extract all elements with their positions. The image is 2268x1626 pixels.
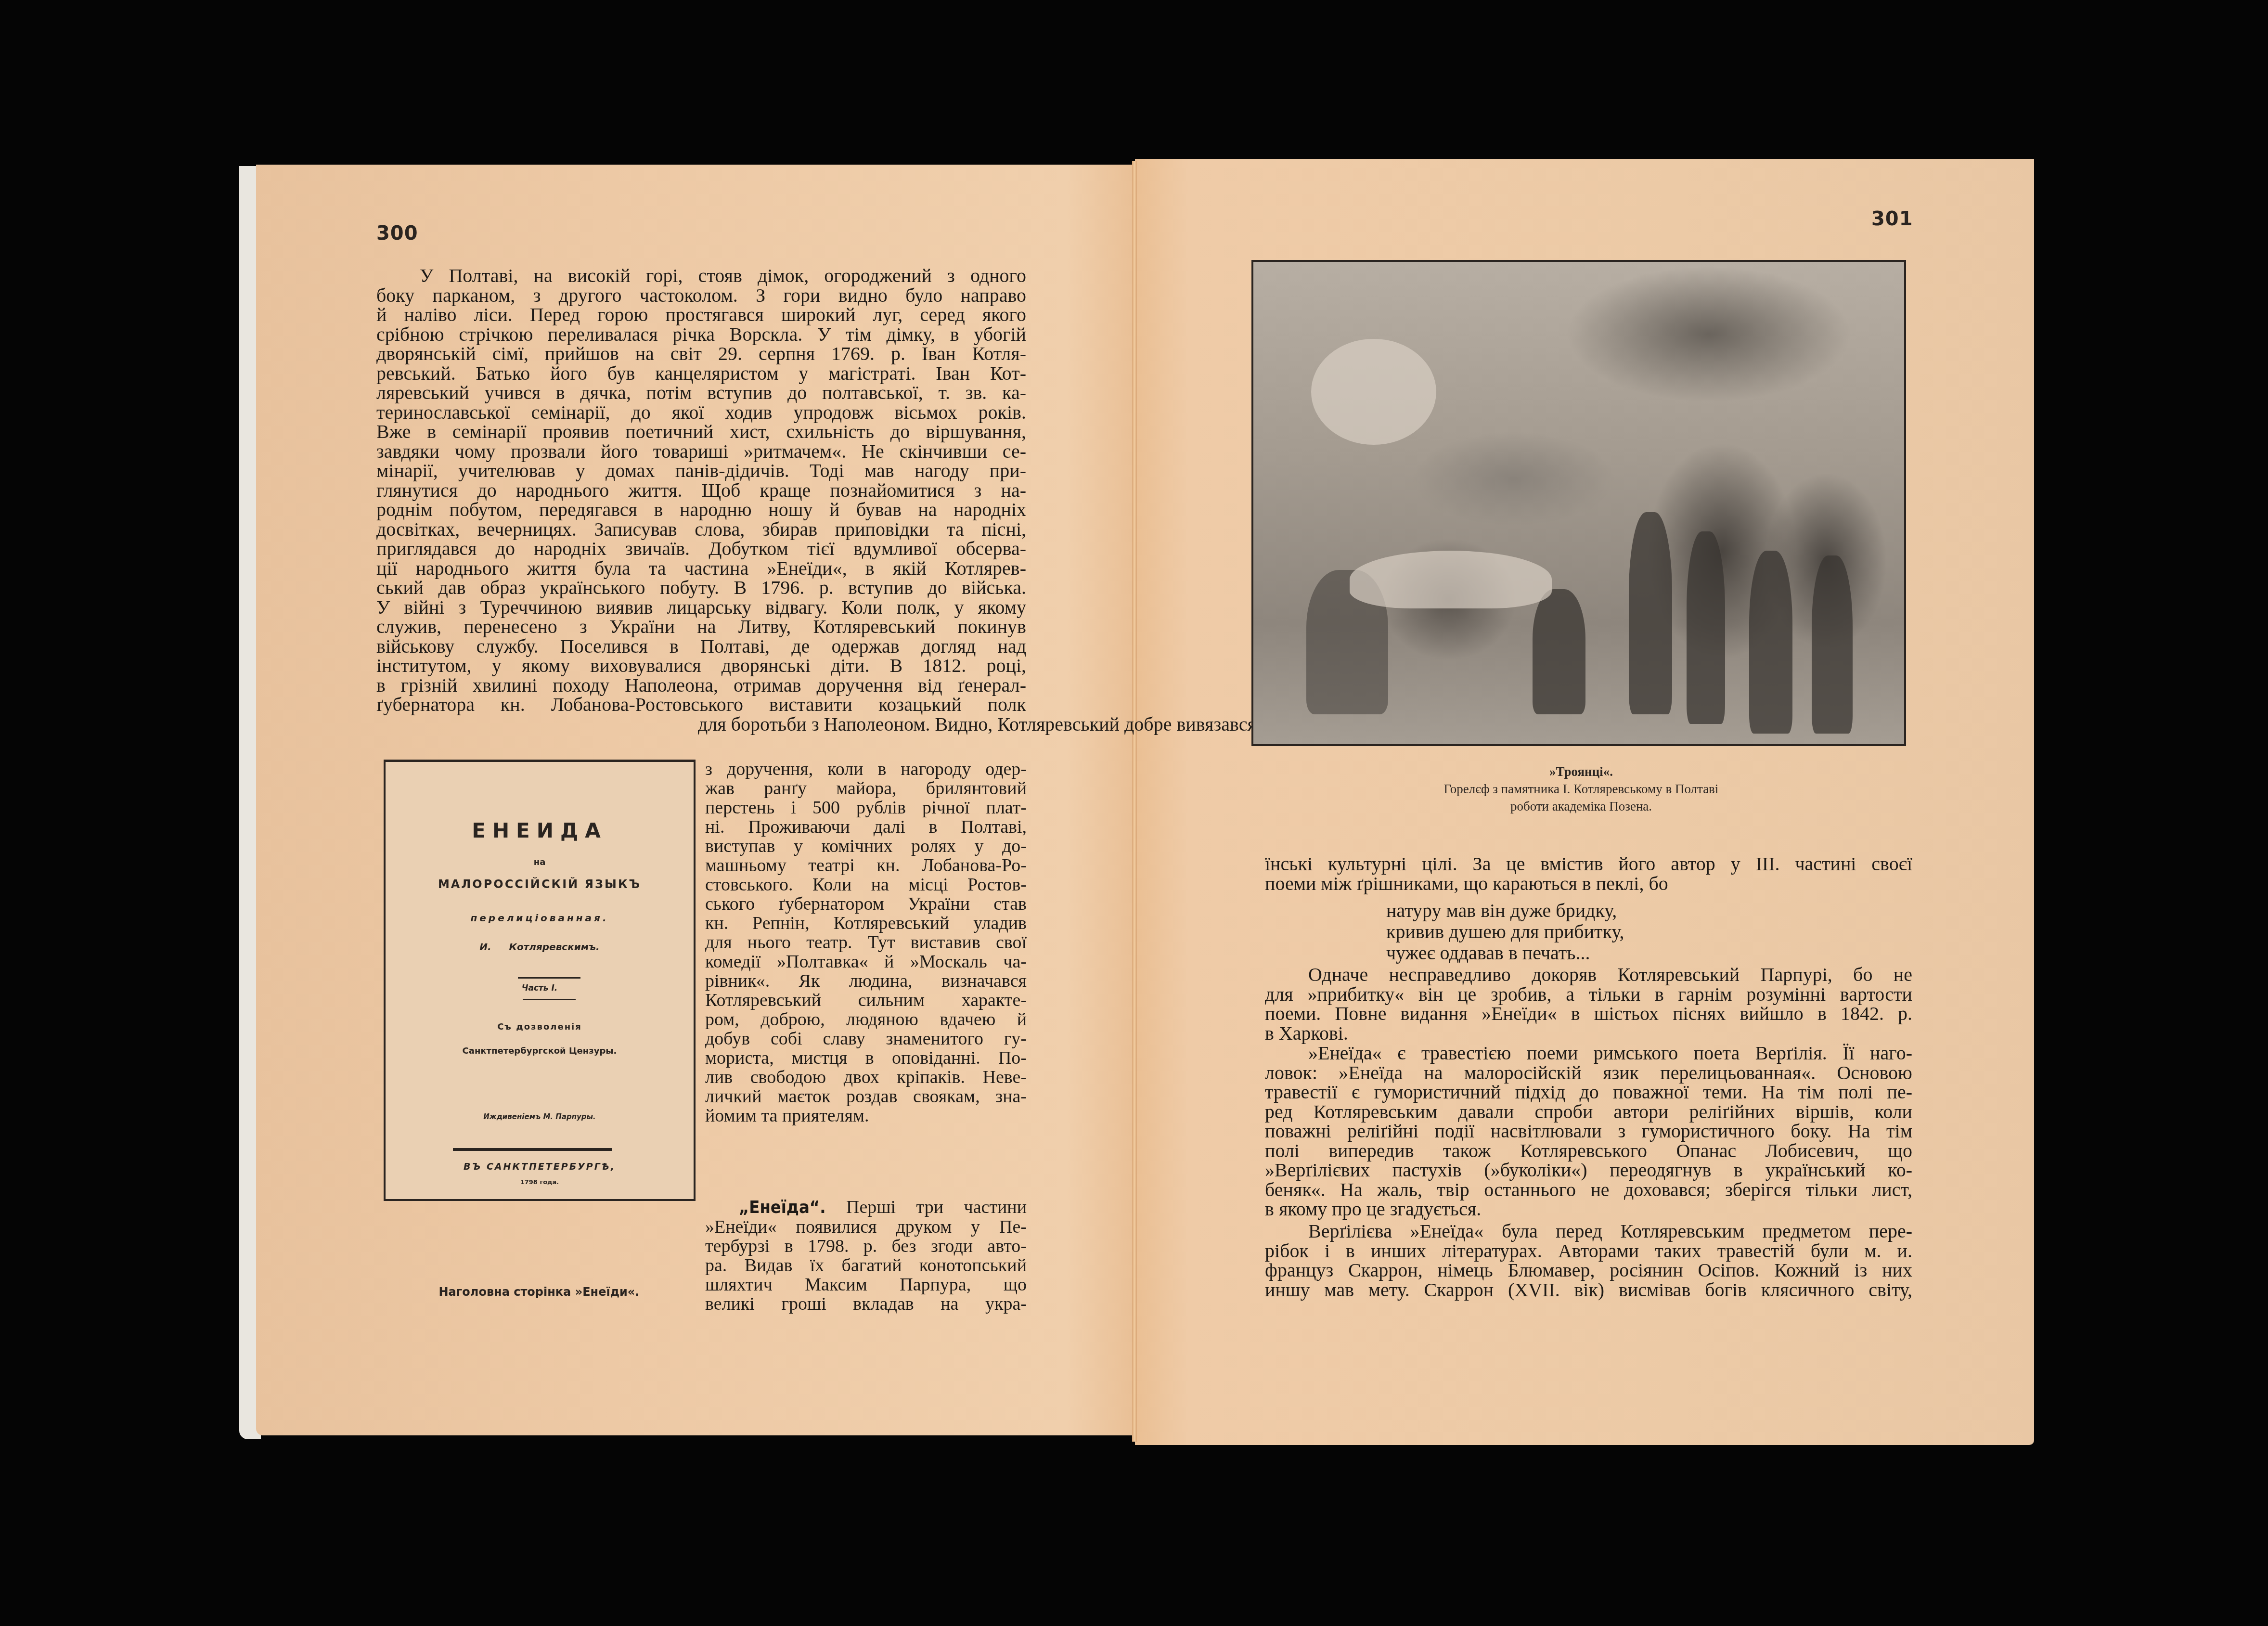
text-line: ції народнього життя була та частина »Ен…: [376, 559, 1026, 579]
text-line: інститутом, у якому виховувалися дворянс…: [376, 656, 1026, 676]
text-line: поважні реліґійні події насвітлювали з г…: [1265, 1122, 1912, 1141]
text-line: ського ґубернатором України став: [705, 894, 1027, 914]
text-line: з доручення, коли в нагороду одер-: [705, 760, 1027, 779]
text-line: роднім побутом, передягався в народню но…: [376, 500, 1026, 520]
text-fragment: Перші три частини: [846, 1197, 1027, 1217]
illustration-caption: »Троянці«. Горелєф з памятника І. Котляр…: [1232, 763, 1930, 815]
text-line: добув собі славу знаменитого гу-: [705, 1029, 1027, 1048]
text-line: й наліво ліси. Перед горою простягався ш…: [376, 305, 1026, 325]
bas-relief-illustration: [1251, 260, 1906, 746]
text-line: ром, доброю, людяною вдачею й: [705, 1010, 1027, 1029]
verse-line: кривив душею для прибитку,: [1386, 920, 1624, 943]
text-line: служив, перенесено з України на Литву, К…: [376, 617, 1026, 637]
illustration-figure: [1812, 555, 1853, 734]
illustration-figure: [1749, 551, 1792, 734]
facsimile-part: Часть I.: [386, 983, 694, 993]
text-line: стовського. Коли на місці Ростов-: [705, 875, 1027, 894]
text-line: машньому театрі кн. Лобанова-Ро-: [705, 856, 1027, 875]
text-line: »Енеїда« є травестією поеми римського по…: [1265, 1044, 1912, 1063]
right-paragraph-3: »Енеїда« є травестією поеми римського по…: [1265, 1044, 1912, 1219]
text-line: для »прибитку« він це зробив, а тільки в…: [1265, 985, 1912, 1005]
book-spine: [1132, 161, 1137, 1442]
page-number-right: 301: [1871, 208, 1913, 230]
text-line: досвітках, вечерницях. Записував слова, …: [376, 520, 1026, 540]
facsimile-rule: [523, 999, 576, 1000]
text-line: поеми між ґрішниками, що караються в пек…: [1265, 874, 1912, 894]
section-heading: „Енеїда“.: [739, 1198, 825, 1217]
text-line: кн. Репнін, Котляревський уладив: [705, 914, 1027, 933]
left-paragraph-1: У Полтаві, на високій горі, стояв дімок,…: [376, 266, 1026, 734]
text-line: перстень і 500 рублів річної плат-: [705, 798, 1027, 817]
text-line: У війні з Туреччиною виявив лицарську ві…: [376, 598, 1026, 618]
text-line: француз Скаррон, німець Блюмавер, росіян…: [1265, 1261, 1912, 1280]
text-line: в якому про це згадується.: [1265, 1200, 1912, 1219]
text-line: для боротьби з Наполеоном. Видно, Котляр…: [376, 715, 1026, 735]
text-line: Верґілієва »Енеїда« була перед Котляревс…: [1265, 1222, 1912, 1241]
text-line: ревський. Батько його був канцеляристом …: [376, 364, 1026, 384]
text-line: срібною стрічкою переливалася річка Ворс…: [376, 325, 1026, 345]
text-line: У Полтаві, на високій горі, стояв дімок,…: [376, 266, 1026, 286]
title-page-caption: Наголовна сторінка »Енеїди«.: [395, 1285, 683, 1299]
text-line: приглядався до народніх звичаїв. Добутко…: [376, 539, 1026, 559]
text-line: йомим та приятелям.: [705, 1106, 1027, 1125]
text-line: »Енеїди« появилися друком у Пе-: [705, 1217, 1027, 1237]
verse-line: натуру мав він дуже бридку,: [1386, 899, 1617, 922]
text-line: поеми. Повне видання »Енеїди« в шістьох …: [1265, 1004, 1912, 1024]
text-line: ловок: »Енеїда на малоросійскій язик пер…: [1265, 1063, 1912, 1083]
text-line: тербурзі в 1798. р. без згоди авто-: [705, 1237, 1027, 1256]
facsimile-publisher: Иждивеніемъ М. Парпуры.: [386, 1112, 694, 1121]
text-line: травестії є гумористичний підхід до пова…: [1265, 1083, 1912, 1102]
text-line: військову службу. Поселився в Полтаві, д…: [376, 637, 1026, 657]
text-line: виступав у комічних ролях у до-: [705, 837, 1027, 856]
text-line: для нього театр. Тут виставив свої: [705, 933, 1027, 952]
text-line: ред Котляревським давали спроби автори р…: [1265, 1102, 1912, 1122]
text-line: боку парканом, з другого частоколом. З г…: [376, 286, 1026, 306]
caption-line: Горелєф з памятника І. Котляревському в …: [1232, 780, 1930, 798]
facsimile-rule: [453, 1148, 612, 1151]
text-line: дворянській сімї, прийшов на світ 29. се…: [376, 344, 1026, 364]
title-page-facsimile: ЕНЕИДА на МАЛОРОССІЙСКІЙ ЯЗЫКЪ перелиціо…: [384, 760, 696, 1201]
verse-line: чужеє оддавав в печать...: [1386, 942, 1590, 964]
text-line: ський дав образ українського побуту. В 1…: [376, 578, 1026, 598]
text-line: ляревський учився в дячка, потім вступив…: [376, 383, 1026, 403]
text-line: беняк«. На жаль, твір останнього не дохо…: [1265, 1180, 1912, 1200]
left-column-text: з доручення, коли в нагороду одер- жав р…: [705, 760, 1027, 1125]
text-line: рібок і в инших літературах. Авторами та…: [1265, 1241, 1912, 1261]
caption-line: роботи академіка Позена.: [1232, 798, 1930, 815]
illustration-figure: [1687, 531, 1725, 724]
text-line: Одначе несправедливо докоряв Котляревськ…: [1265, 965, 1912, 985]
text-line: мінарії, учителював у домах панів-дідичі…: [376, 461, 1026, 481]
text-line: шляхтич Максим Парпура, що: [705, 1275, 1027, 1294]
facsimile-rule: [518, 977, 580, 979]
right-paragraph-2: Одначе несправедливо докоряв Котляревськ…: [1265, 965, 1912, 1043]
text-line: иншу мав мету. Скаррон (XVII. вік) висмі…: [1265, 1280, 1912, 1300]
text-line: »Верґілієвих пастухів (»буколіки«) перео…: [1265, 1161, 1912, 1180]
text-line: ні. Проживаючи далі в Полтаві,: [705, 817, 1027, 837]
caption-title: »Троянці«.: [1232, 763, 1930, 780]
right-intro: їнські культурні цілі. За це вмістив йог…: [1265, 854, 1912, 893]
text-line: завдяки чому прозвали його товариші »рит…: [376, 442, 1026, 462]
text-line: в Харкові.: [1265, 1024, 1912, 1044]
text-line: в грізній хвилині походу Наполеона, отри…: [376, 676, 1026, 696]
text-line: жав ранґу майора, брилянтовий: [705, 779, 1027, 798]
text-line: полі випередив також Котляревського Опан…: [1265, 1141, 1912, 1161]
facsimile-line: перелиціованная.: [386, 912, 694, 924]
facsimile-line: И. Котляревскимъ.: [386, 941, 694, 953]
text-line: ґубернатора кн. Лобанова-Ростовського ви…: [376, 695, 1026, 715]
eneida-section: „Енеїда“. Перші три частини »Енеїди« поя…: [705, 1198, 1027, 1314]
facsimile-year: 1798 года.: [386, 1179, 694, 1186]
illustration-boat: [1350, 551, 1552, 608]
text-line: великі гроші вкладав на укра-: [705, 1294, 1027, 1314]
text-line: мориста, мистця в оповіданні. По-: [705, 1048, 1027, 1068]
text-line: лив свободою двох кріпаків. Неве-: [705, 1068, 1027, 1087]
text-line: ра. Видав їх багатий конотопський: [705, 1256, 1027, 1275]
text-line: теринославської семінарії, до якої ходив…: [376, 403, 1026, 423]
text-line: рівник«. Як людина, визначався: [705, 971, 1027, 991]
illustration-sky: [1311, 339, 1436, 445]
text-line: глянутися до народнього життя. Щоб краще…: [376, 481, 1026, 501]
text-line: Вже в семінарії проявив поетичний хист, …: [376, 422, 1026, 442]
text-line: личкий маєток роздав своякам, зна-: [705, 1087, 1027, 1106]
facsimile-line: Съ дозволенія: [386, 1022, 694, 1032]
facsimile-city: ВЪ САНКТПЕТЕРБУРГѢ,: [386, 1161, 694, 1172]
illustration-figure: [1533, 589, 1585, 714]
facsimile-title: ЕНЕИДА: [386, 819, 694, 842]
text-line: їнські культурні цілі. За це вмістив йог…: [1265, 854, 1912, 874]
facsimile-line: на: [386, 857, 694, 867]
facsimile-line: Санктпетербургской Цензуры.: [386, 1046, 694, 1056]
illustration-figure: [1629, 512, 1672, 714]
section-first-line: „Енеїда“. Перші три частини: [705, 1198, 1027, 1217]
facsimile-line: МАЛОРОССІЙСКІЙ ЯЗЫКЪ: [386, 878, 694, 891]
page-number-left: 300: [376, 222, 418, 245]
text-line: комедії »Полтавка« й »Москаль ча-: [705, 952, 1027, 971]
text-line: Котляревський сильним характе-: [705, 991, 1027, 1010]
right-paragraph-4: Верґілієва »Енеїда« була перед Котляревс…: [1265, 1222, 1912, 1300]
